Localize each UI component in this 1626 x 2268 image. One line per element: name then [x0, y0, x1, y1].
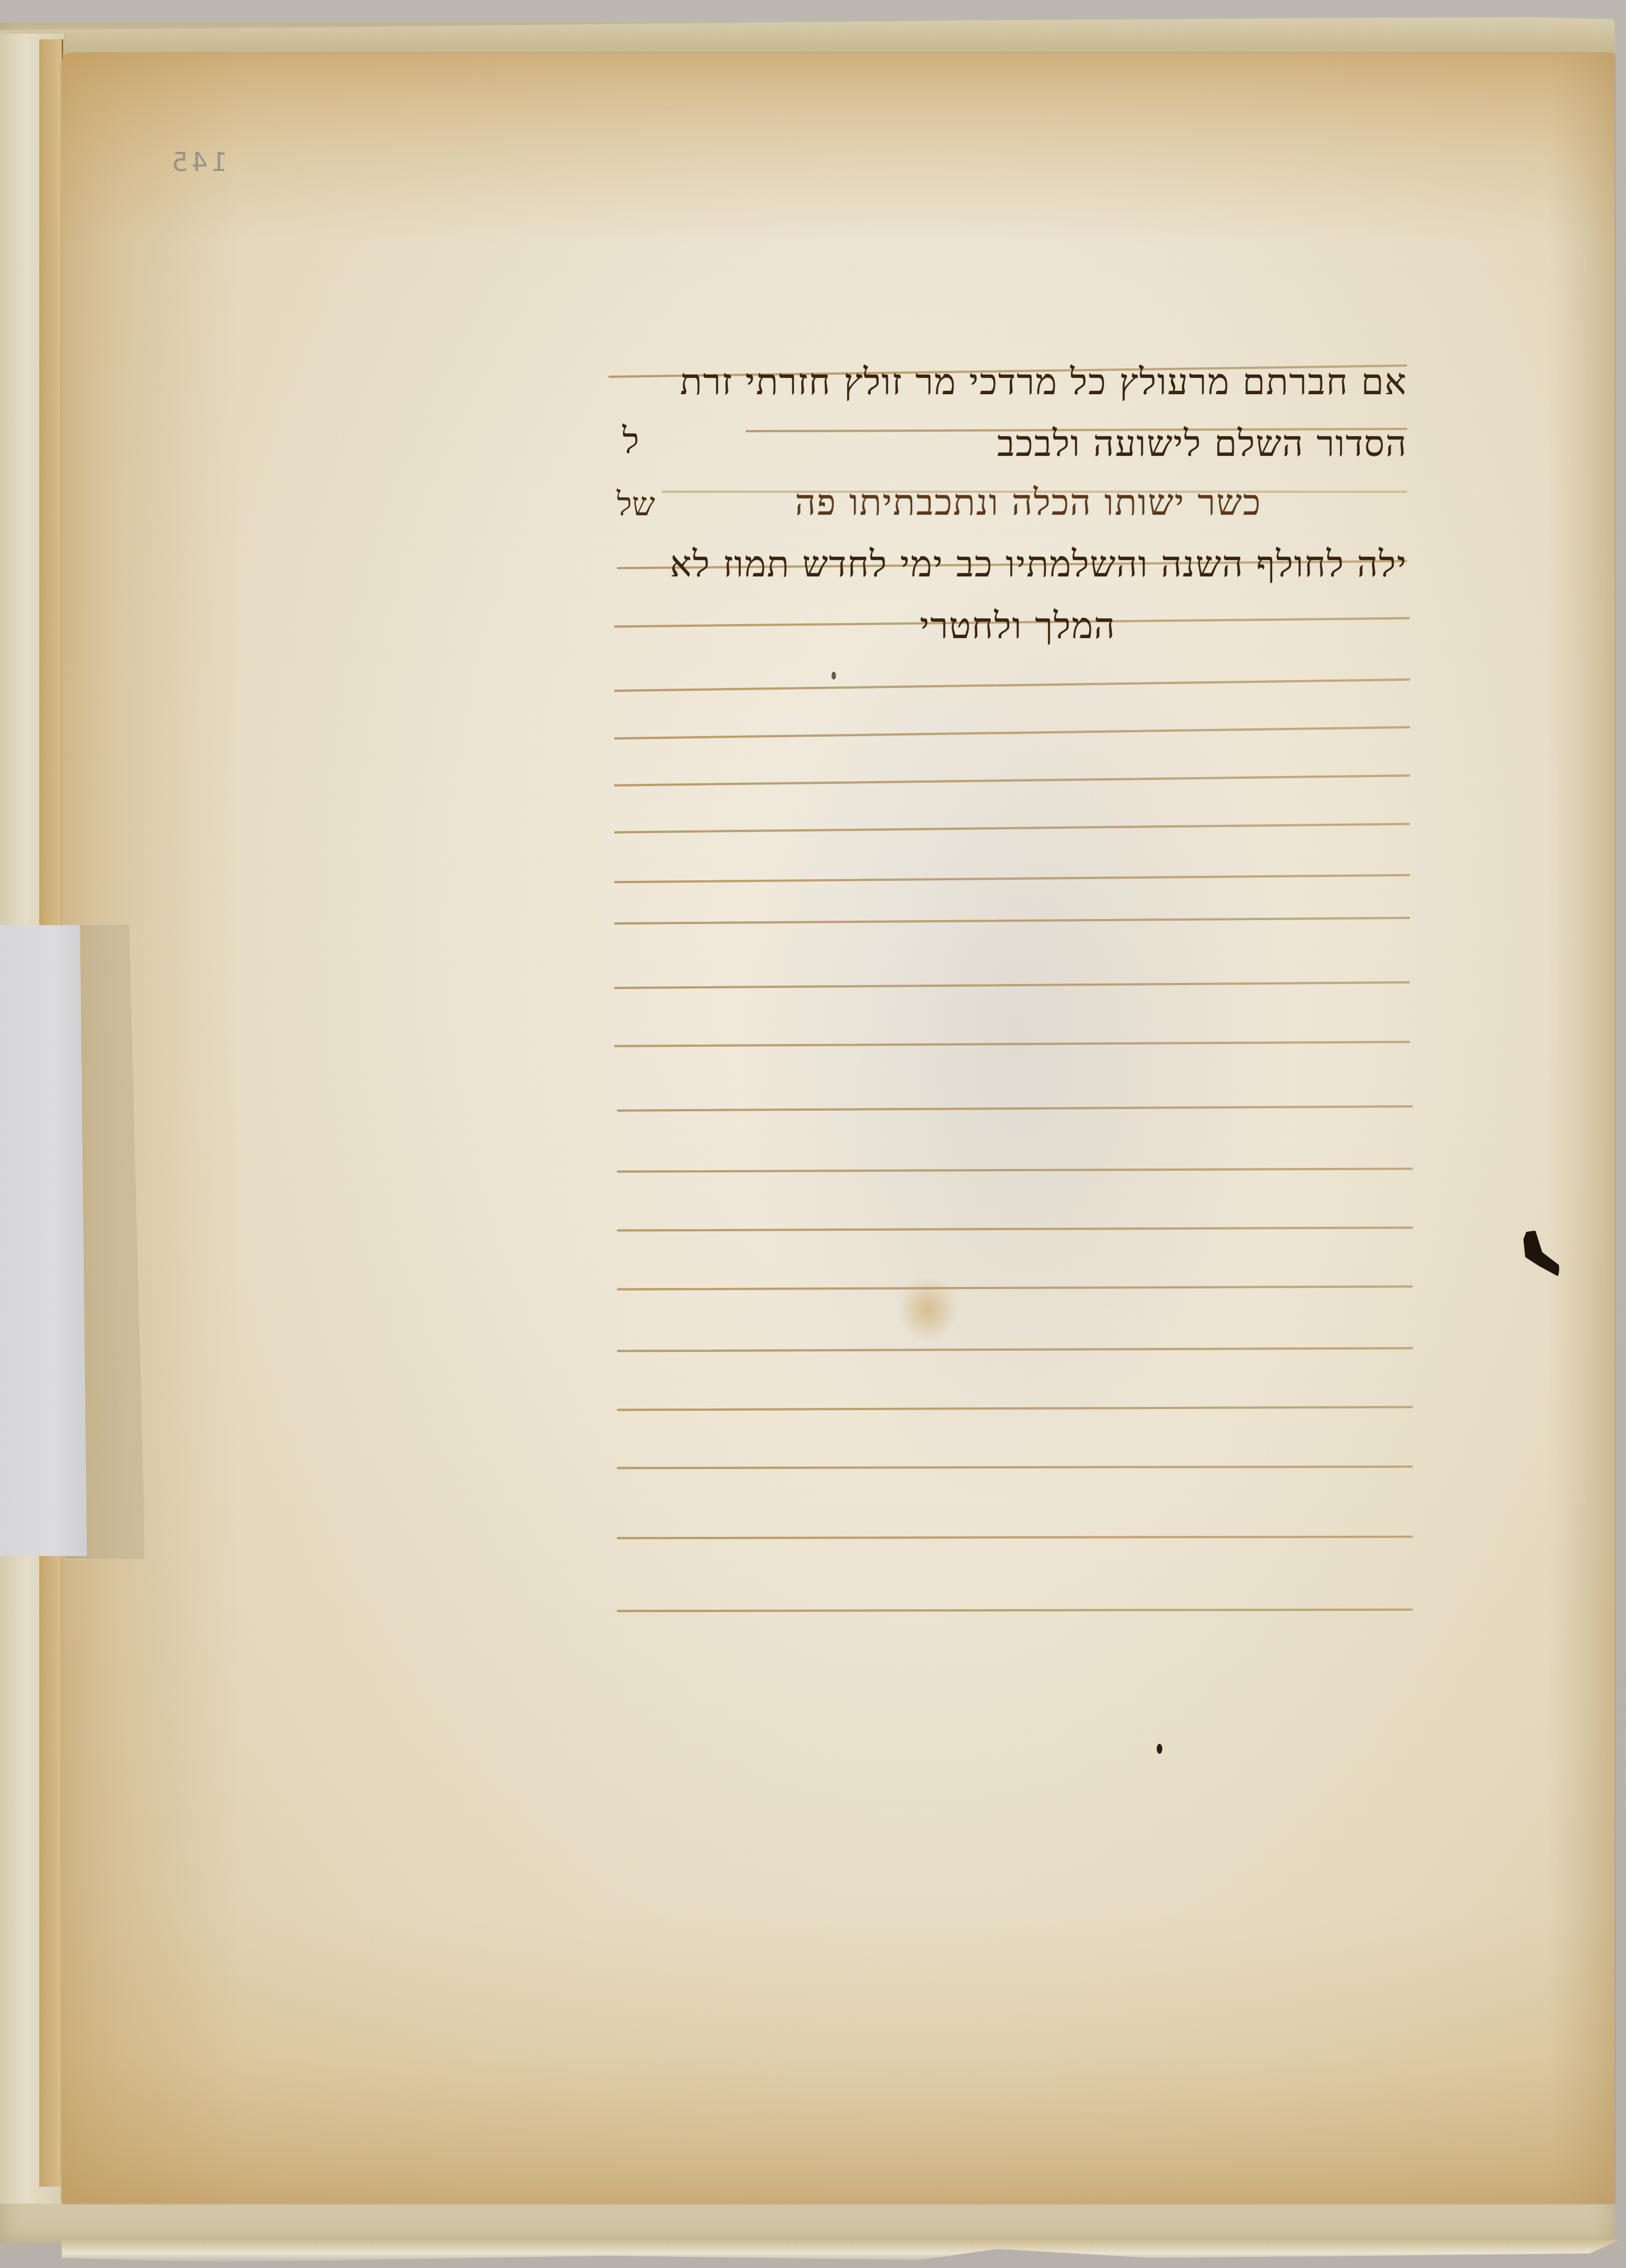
- ink-speck: [832, 672, 836, 680]
- text-line-2: הסדור השלם לישועה ולבכב: [997, 426, 1407, 462]
- show-through-shadow: [735, 558, 1295, 1511]
- paper-guard-tab: [0, 925, 87, 1556]
- folio-number: 145: [168, 147, 228, 177]
- stain-right: [1548, 53, 1615, 2204]
- margin-mark: ל: [622, 421, 639, 462]
- margin-mark: של: [617, 485, 655, 523]
- text-line-3: כשר ישותו הכלה ונתכבתיתו פה: [795, 485, 1262, 521]
- text-line-1: אם חברתם מרעולץ כל מרדכי מר זולץ חזרתי ז…: [680, 364, 1407, 400]
- text-line-4: ילה לחולף השנה והשלמתיו כב ימי לחדש תמוז…: [670, 547, 1407, 583]
- ink-speck: [1157, 1744, 1162, 1754]
- stain-bottom: [62, 1912, 1615, 2204]
- text-line-5: המלך ולחטרי: [920, 608, 1116, 644]
- water-stain-top: [62, 53, 1615, 244]
- brown-spot: [897, 1276, 959, 1343]
